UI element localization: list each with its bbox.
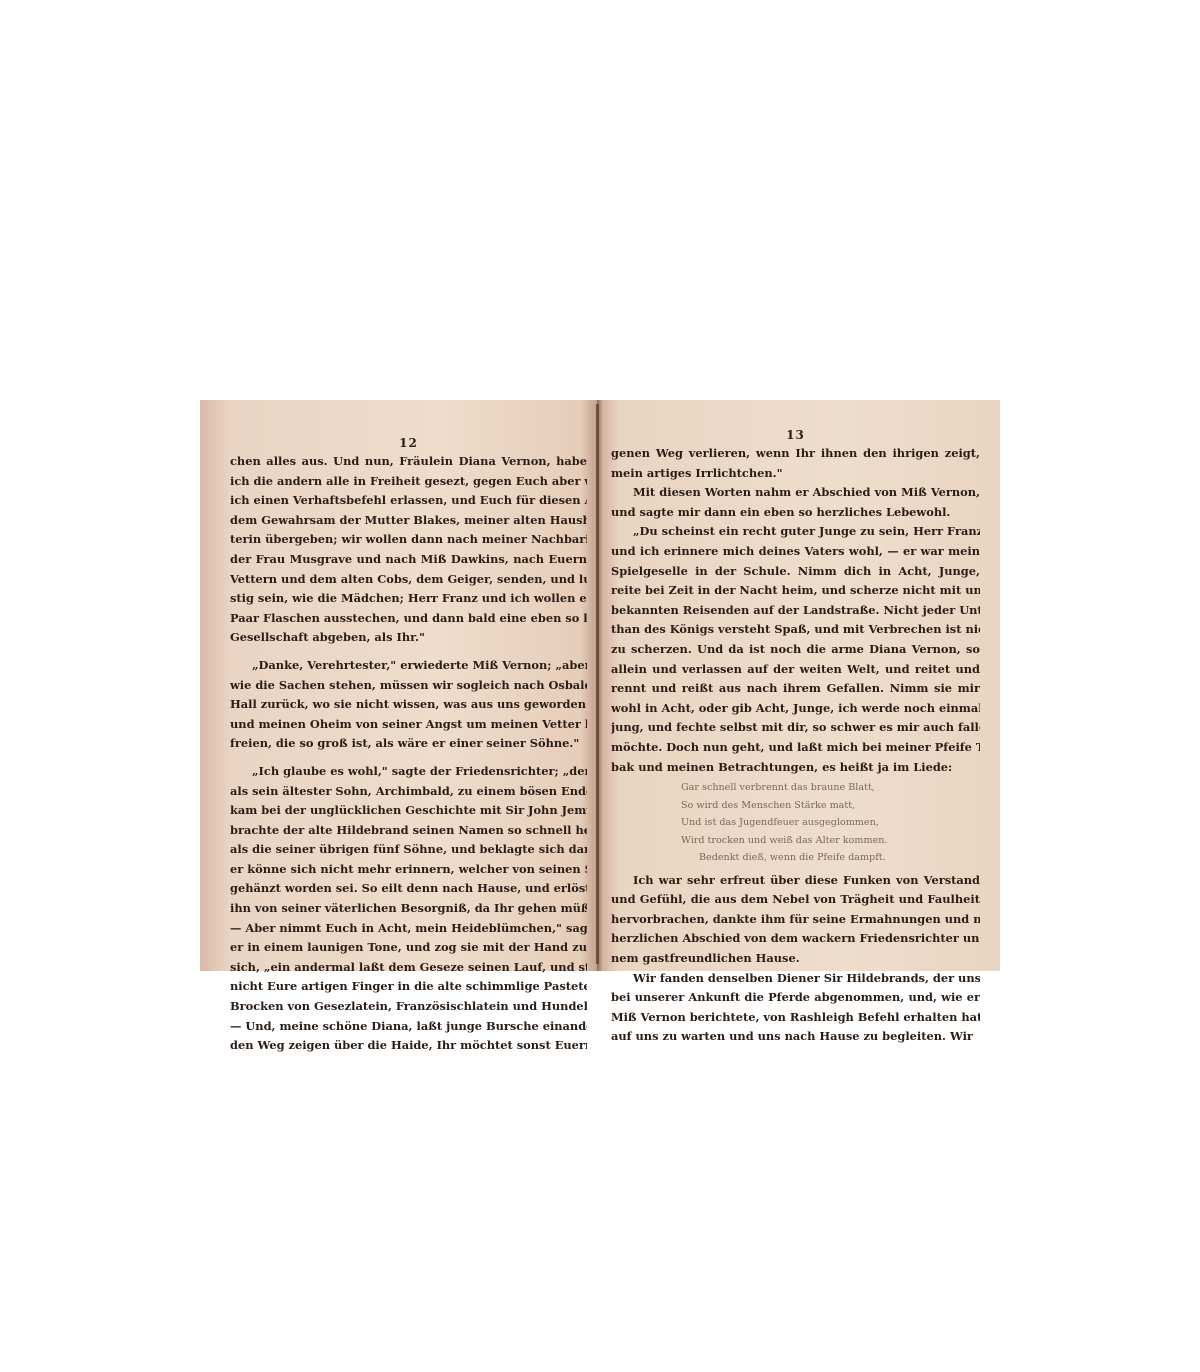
text-line: Brocken von Gesezlatein, Französischlate… — [230, 997, 587, 1017]
text-line: — Und, meine schöne Diana, laßt junge Bu… — [230, 1017, 587, 1037]
text-line: zu scherzen. Und da ist noch die arme Di… — [611, 640, 980, 660]
text-line: und meinen Oheim von seiner Angst um mei… — [230, 715, 587, 735]
text-line: nem gastfreundlichen Hause. — [611, 949, 980, 969]
text-line: als die seiner übrigen fünf Söhne, und b… — [230, 840, 587, 860]
text-line: herzlichen Abschied von dem wackern Frie… — [611, 929, 980, 949]
text-line: und ich erinnere mich deines Vaters wohl… — [611, 542, 980, 562]
text-line: Paar Flaschen ausstechen, und dann bald … — [230, 609, 587, 629]
text-line: Vettern und dem alten Cobs, dem Geiger, … — [230, 570, 587, 590]
text-line: hervorbrachen, dankte ihm für seine Erma… — [611, 910, 980, 930]
text-line: Hall zurück, wo sie nicht wissen, was au… — [230, 695, 587, 715]
text-line: der Frau Musgrave und nach Miß Dawkins, … — [230, 550, 587, 570]
text-line: — Aber nimmt Euch in Acht, mein Heideblü… — [230, 919, 587, 939]
paragraph: Ich war sehr erfreut über diese Funken v… — [611, 871, 980, 969]
paragraph: Mit diesen Worten nahm er Abschied von M… — [611, 483, 980, 522]
text-line: ihn von seiner väterlichen Besorgniß, da… — [230, 899, 587, 919]
text-line: nicht Eure artigen Finger in die alte sc… — [230, 977, 587, 997]
text-line: ich die andern alle in Freiheit gesezt, … — [230, 472, 587, 492]
text-line: auf uns zu warten und uns nach Hause zu … — [611, 1027, 980, 1047]
right-page: 13 genen Weg verlieren, wenn Ihr ihnen d… — [597, 400, 1000, 971]
verse-line: Gar schnell verbrennt das braune Blatt, — [681, 779, 980, 797]
text-line: reite bei Zeit in der Nacht heim, und sc… — [611, 581, 980, 601]
text-line: Gesellschaft abgeben, als Ihr." — [230, 628, 587, 648]
text-line: Mit diesen Worten nahm er Abschied von M… — [611, 483, 980, 503]
text-line: „Ich glaube es wohl," sagte der Friedens… — [230, 762, 587, 782]
text-line: er könne sich nicht mehr erinnern, welch… — [230, 860, 587, 880]
right-page-text: genen Weg verlieren, wenn Ihr ihnen den … — [611, 444, 980, 777]
text-line: dem Gewahrsam der Mutter Blakes, meiner … — [230, 511, 587, 531]
paragraph: „Du scheinst ein recht guter Junge zu se… — [611, 522, 980, 777]
text-line: brachte der alte Hildebrand seinen Namen… — [230, 821, 587, 841]
left-page-text: chen alles aus. Und nun, Fräulein Diana … — [230, 452, 587, 1056]
verse-line: Und ist das Jugendfeuer ausgeglommen, — [681, 814, 980, 832]
text-line: „Danke, Verehrtester," erwiederte Miß Ve… — [230, 656, 587, 676]
verse-line: Bedenkt dieß, wenn die Pfeife dampft. — [681, 849, 980, 867]
paragraph: genen Weg verlieren, wenn Ihr ihnen den … — [611, 444, 980, 483]
paragraph: „Danke, Verehrtester," erwiederte Miß Ve… — [230, 656, 587, 754]
text-line: Spielgeselle in der Schule. Nimm dich in… — [611, 562, 980, 582]
text-line: rennt und reißt aus nach ihrem Gefallen.… — [611, 679, 980, 699]
text-line: bekannten Reisenden auf der Landstraße. … — [611, 601, 980, 621]
text-line: Miß Vernon berichtete, von Rashleigh Bef… — [611, 1008, 980, 1028]
text-line: sich, „ein andermal laßt dem Geseze sein… — [230, 958, 587, 978]
text-line: möchte. Doch nun geht, und laßt mich bei… — [611, 738, 980, 758]
text-line: „Du scheinst ein recht guter Junge zu se… — [611, 522, 980, 542]
text-line: chen alles aus. Und nun, Fräulein Diana … — [230, 452, 587, 472]
text-line: gehänzt worden sei. So eilt denn nach Ha… — [230, 879, 587, 899]
text-line: wohl in Acht, oder gib Acht, Junge, ich … — [611, 699, 980, 719]
book-gutter — [596, 404, 599, 964]
text-line: stig sein, wie die Mädchen; Herr Franz u… — [230, 589, 587, 609]
text-line: than des Königs versteht Spaß, und mit V… — [611, 620, 980, 640]
text-line: bei unserer Ankunft die Pferde abgenomme… — [611, 988, 980, 1008]
text-line: den Weg zeigen über die Haide, Ihr möcht… — [230, 1036, 587, 1056]
text-line: jung, und fechte selbst mit dir, so schw… — [611, 718, 980, 738]
text-line: freien, die so groß ist, als wäre er ein… — [230, 734, 587, 754]
text-line: allein und verlassen auf der weiten Welt… — [611, 660, 980, 680]
text-line: er in einem launigen Tone, und zog sie m… — [230, 938, 587, 958]
text-line: kam bei der unglücklichen Geschichte mit… — [230, 801, 587, 821]
text-line: als sein ältester Sohn, Archimbald, zu e… — [230, 782, 587, 802]
text-line: wie die Sachen stehen, müssen wir soglei… — [230, 676, 587, 696]
right-page-text-continued: Ich war sehr erfreut über diese Funken v… — [611, 871, 980, 1047]
paragraph: chen alles aus. Und nun, Fräulein Diana … — [230, 452, 587, 648]
text-line: und Gefühl, die aus dem Nebel von Träghe… — [611, 890, 980, 910]
text-line: und sagte mir dann ein eben so herzliche… — [611, 503, 980, 523]
text-line: ich einen Verhaftsbefehl erlassen, und E… — [230, 491, 587, 511]
page-number-right: 13 — [611, 428, 980, 442]
text-line: Ich war sehr erfreut über diese Funken v… — [611, 871, 980, 891]
page-number-left: 12 — [230, 436, 587, 450]
verse-line: Wird trocken und weiß das Alter kommen. — [681, 832, 980, 850]
open-book-spread: 12 chen alles aus. Und nun, Fräulein Dia… — [200, 400, 1000, 971]
text-line: Wir fanden denselben Diener Sir Hildebra… — [611, 969, 980, 989]
left-page: 12 chen alles aus. Und nun, Fräulein Dia… — [200, 400, 597, 971]
text-line: mein artiges Irrlichtchen." — [611, 464, 980, 484]
text-line: bak und meinen Betrachtungen, es heißt j… — [611, 758, 980, 778]
paragraph: „Ich glaube es wohl," sagte der Friedens… — [230, 762, 587, 1056]
verse-line: So wird des Menschen Stärke matt, — [681, 797, 980, 815]
paragraph: Wir fanden denselben Diener Sir Hildebra… — [611, 969, 980, 1047]
text-line: terin übergeben; wir wollen dann nach me… — [230, 530, 587, 550]
poem-verse: Gar schnell verbrennt das braune Blatt,S… — [681, 779, 980, 867]
text-line: genen Weg verlieren, wenn Ihr ihnen den … — [611, 444, 980, 464]
